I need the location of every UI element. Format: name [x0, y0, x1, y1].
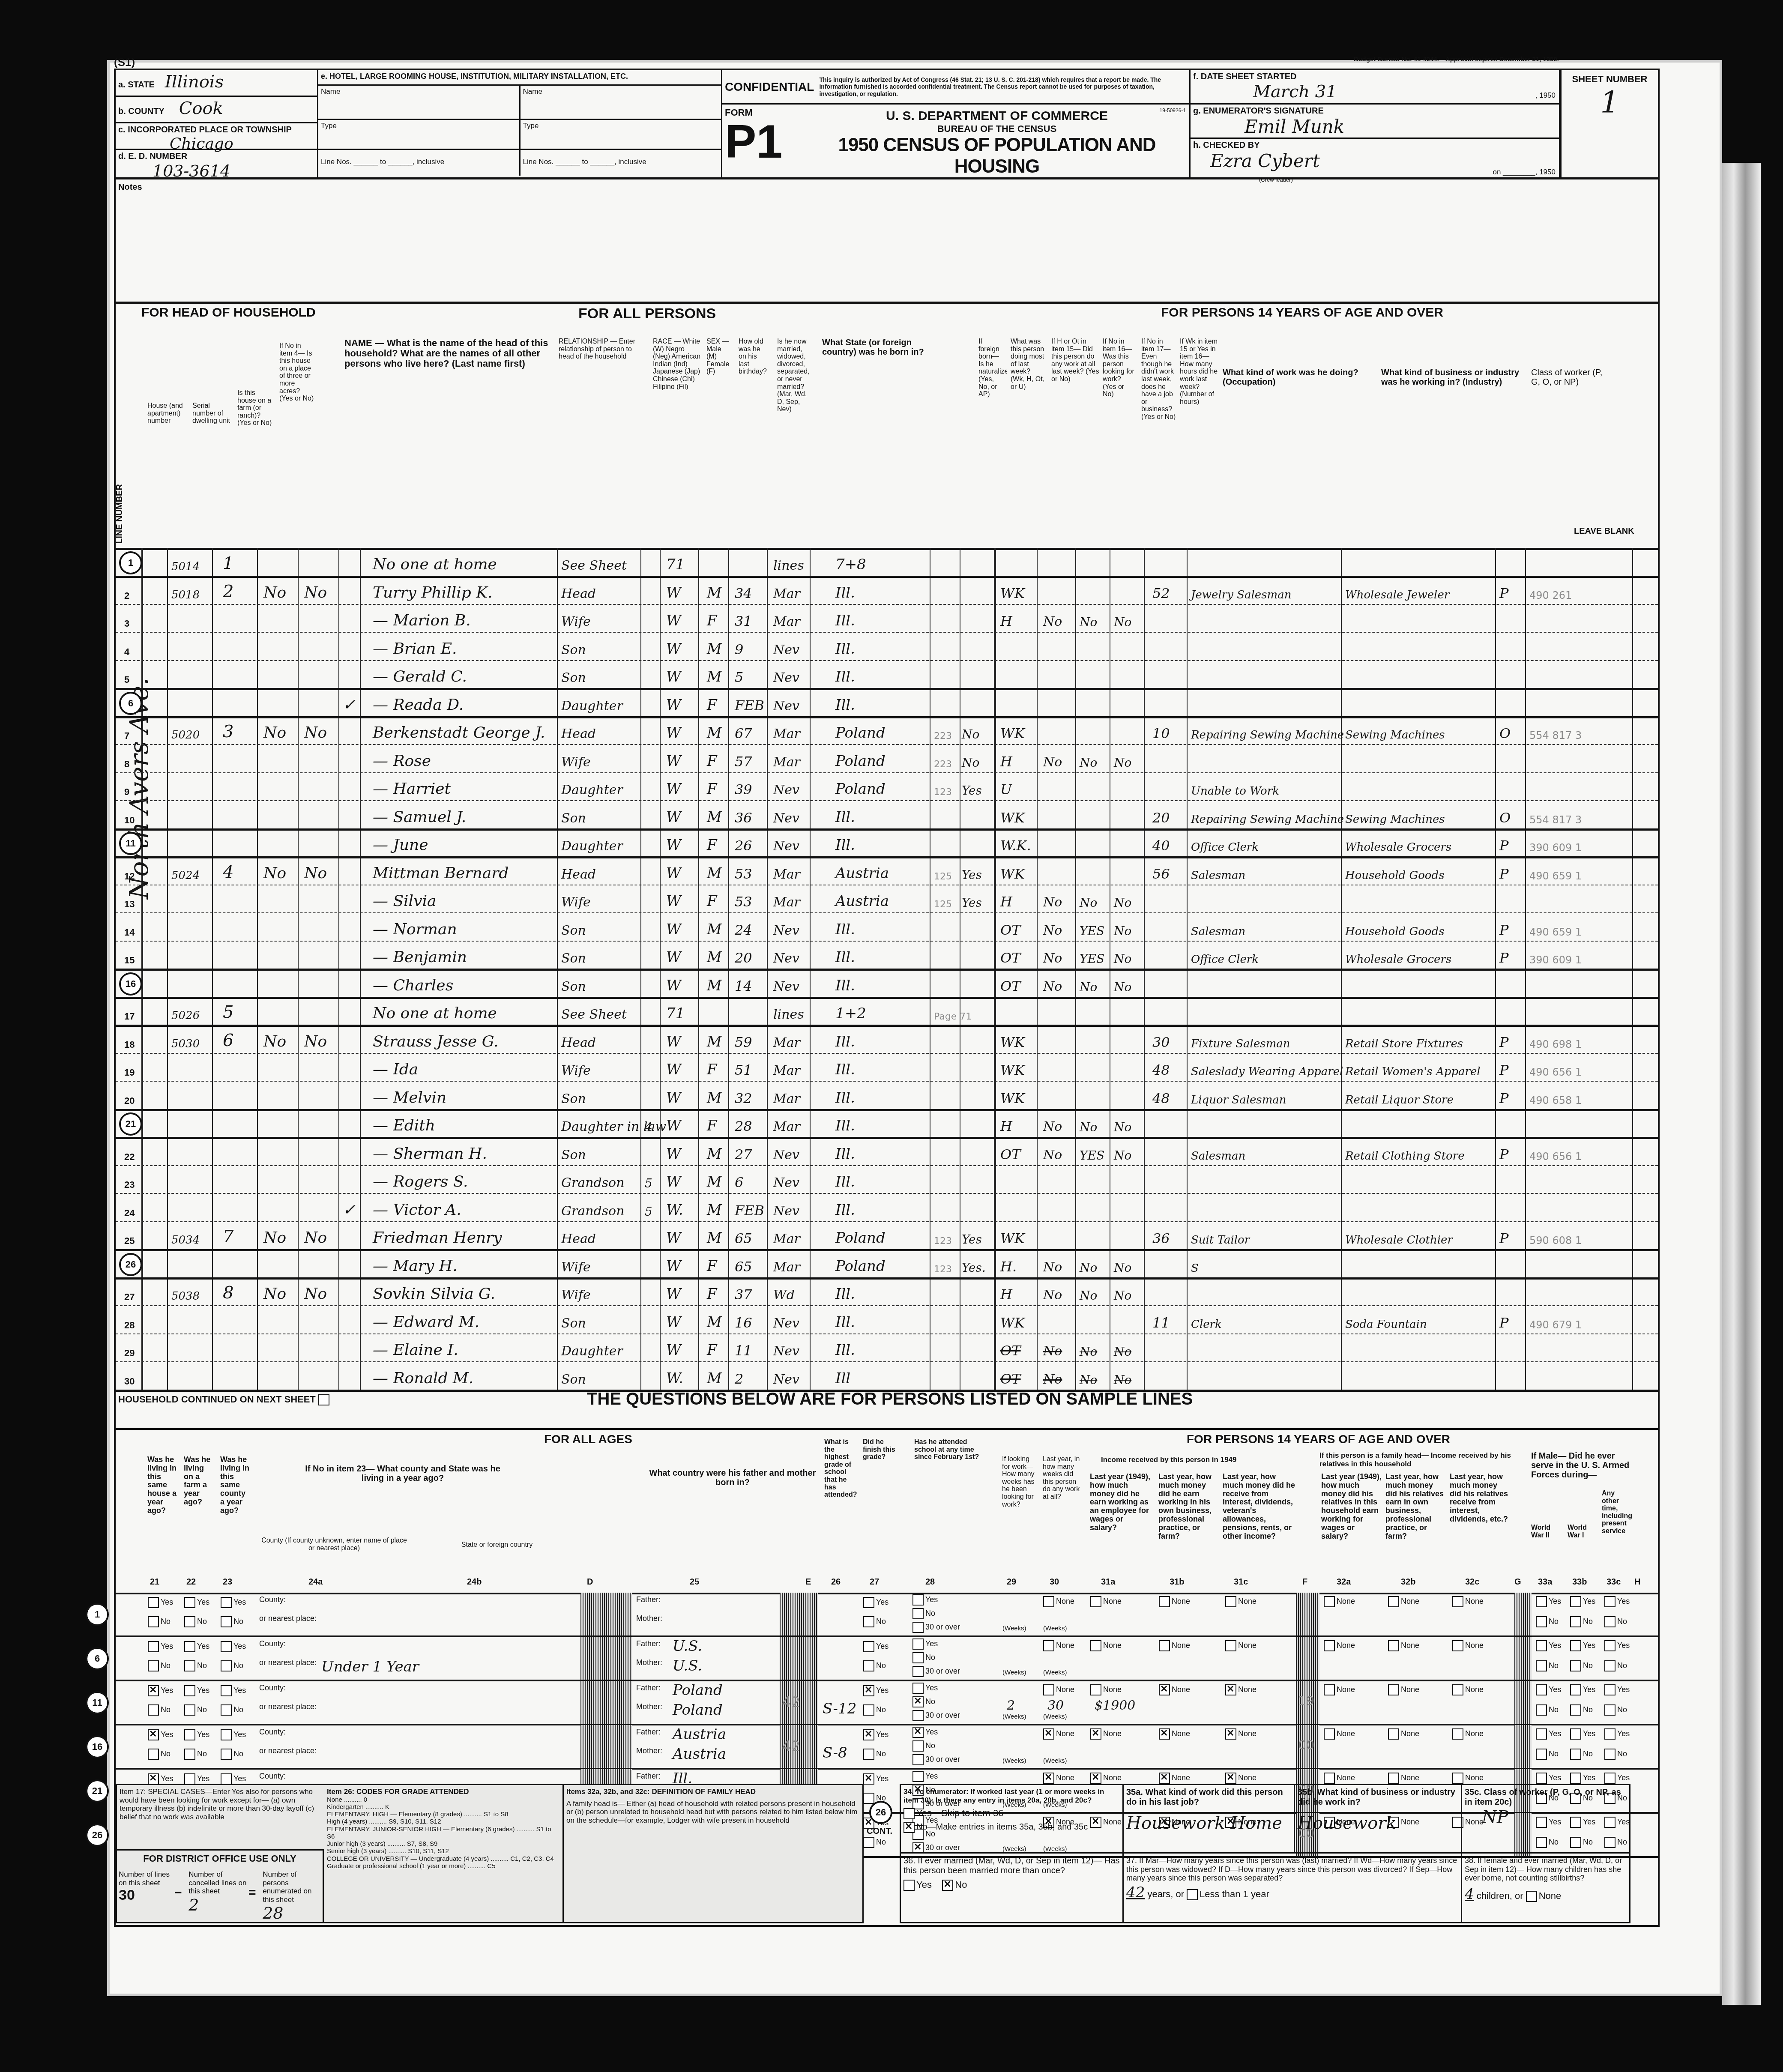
q32b-none-checkbox[interactable] [1388, 1684, 1399, 1695]
q21-no-checkbox[interactable] [148, 1616, 159, 1627]
race: W [666, 1061, 681, 1078]
relationship: Son [561, 811, 586, 826]
q27-no-checkbox[interactable] [863, 1660, 874, 1671]
q34-yes-checkbox[interactable] [903, 1808, 915, 1819]
sex: M [707, 584, 722, 601]
q31b-none-checkbox[interactable] [1159, 1773, 1170, 1784]
q36-no-checkbox[interactable] [942, 1880, 953, 1891]
q33c-yes-checkbox[interactable] [1604, 1773, 1615, 1784]
leave-blank-a: 5 [645, 1176, 652, 1190]
birthplace: Ill. [835, 1314, 855, 1331]
q28-thirty-checkbox[interactable] [912, 1754, 924, 1765]
q28-yes-checkbox[interactable] [912, 1638, 924, 1650]
on-farm: No [263, 724, 286, 741]
q22-no-checkbox[interactable] [184, 1749, 195, 1760]
checked-by-signature: Ezra Cybert [1210, 150, 1320, 171]
dwelling-serial: 2 [223, 582, 233, 601]
q33a-yes-checkbox[interactable] [1536, 1596, 1547, 1607]
q23-no-checkbox[interactable] [221, 1660, 232, 1671]
table-row: 21— EdithDaughter in law4WF28MarIll.HNoN… [116, 1109, 1658, 1139]
line-number: 12 [124, 871, 135, 882]
table-row: 2750388NoNoSovkin Silvia G.WifeWF37WdIll… [116, 1277, 1658, 1306]
occupation: Saleslady Wearing Apparel [1191, 1065, 1343, 1078]
q32b-none-checkbox[interactable] [1388, 1596, 1399, 1607]
q21-yes-checkbox[interactable] [148, 1597, 159, 1608]
q28-thirty-checkbox[interactable] [912, 1622, 924, 1633]
table-row: 22— Sherman H.SonWM27NevIll.OTNoYESNoSal… [116, 1137, 1658, 1166]
q21-no-checkbox[interactable] [148, 1704, 159, 1716]
q31c-none-checkbox[interactable] [1225, 1684, 1236, 1695]
industry: Soda Fountain [1345, 1318, 1427, 1331]
q28-no-checkbox[interactable] [912, 1652, 924, 1663]
q31b-none-checkbox[interactable] [1159, 1596, 1170, 1607]
sex: M [707, 640, 722, 658]
relationship: Wife [561, 755, 591, 770]
worked-last-week: No [1043, 951, 1062, 966]
birthplace: Ill. [835, 584, 855, 601]
q23-yes-checkbox[interactable] [221, 1729, 232, 1740]
person-name: — Victor A. [373, 1201, 461, 1219]
nearest-place-label: or nearest place: [259, 1658, 317, 1667]
race: W [666, 893, 681, 910]
occupation: Suit Tailor [1191, 1234, 1250, 1247]
sex: F [707, 837, 717, 854]
age: 32 [735, 1090, 752, 1106]
q31c-none-checkbox[interactable] [1225, 1773, 1236, 1784]
race: W [666, 977, 681, 994]
q33a-no-checkbox[interactable] [1536, 1749, 1547, 1760]
q30-none-checkbox[interactable] [1043, 1640, 1054, 1651]
activity: WK [1000, 725, 1025, 741]
q37-less-than-year-checkbox[interactable] [1187, 1889, 1198, 1900]
q33c-no-checkbox[interactable] [1604, 1704, 1615, 1716]
q31a-none-checkbox[interactable] [1090, 1684, 1101, 1695]
table-row: 1250244NoNoMittman BernardHeadWM53MarAus… [116, 857, 1658, 885]
q27-yes-checkbox[interactable] [863, 1641, 874, 1652]
line-number: 3 [124, 618, 129, 629]
age: FEB [735, 697, 764, 714]
q33c-no-checkbox[interactable] [1604, 1660, 1615, 1671]
q33b-yes-checkbox[interactable] [1570, 1684, 1581, 1695]
marital-status: Nev [773, 951, 799, 966]
leave-blank-d [580, 1637, 632, 1680]
activity: W.K. [1000, 837, 1031, 854]
q33b-yes-checkbox[interactable] [1570, 1773, 1581, 1784]
q35b-box: 35b. What kind of business or industry d… [1295, 1785, 1462, 1854]
birthplace: Poland [835, 1229, 886, 1247]
age: 28 [735, 1118, 752, 1134]
worked-last-week: No [1043, 923, 1062, 938]
q22-yes-checkbox[interactable] [184, 1685, 195, 1696]
sample-column-numbers: 21222324a24bD25E262728293031a31b31cF32a3… [116, 1576, 1658, 1593]
q22-no-checkbox[interactable] [184, 1616, 195, 1627]
q28-thirty-checkbox[interactable] [912, 1710, 924, 1721]
q31a-none-checkbox[interactable] [1090, 1773, 1101, 1784]
leave-blank-f-value: 19 [1298, 1694, 1314, 1709]
q37-years-value: 42 [1126, 1884, 1145, 1901]
relationship: Son [561, 670, 586, 685]
q31b-none-checkbox[interactable] [1159, 1640, 1170, 1651]
q28-yes-checkbox[interactable] [912, 1771, 924, 1782]
q32b-none-checkbox[interactable] [1388, 1640, 1399, 1651]
race: W. [666, 1202, 683, 1219]
industry: Retail Store Fixtures [1345, 1037, 1463, 1050]
q32a-none-checkbox[interactable] [1324, 1640, 1335, 1651]
q27-yes-checkbox[interactable] [863, 1597, 874, 1608]
sex: M [707, 724, 722, 741]
q33c-yes-checkbox[interactable] [1604, 1596, 1615, 1607]
county-label: County: [259, 1772, 286, 1781]
industry: Retail Liquor Store [1345, 1094, 1454, 1106]
q23-no-checkbox[interactable] [221, 1704, 232, 1716]
q33b-yes-checkbox[interactable] [1570, 1596, 1581, 1607]
persons-count: 28 [263, 1904, 321, 1923]
table-row: 11— JuneDaughterWF26NevIll.W.K.40Office … [116, 828, 1658, 858]
birthplace: Austria [835, 893, 889, 910]
person-name: — Marion B. [373, 612, 471, 629]
q31b-none-checkbox[interactable] [1159, 1728, 1170, 1740]
race: W [666, 809, 681, 826]
occupation: Office Clerk [1191, 841, 1259, 854]
q33c-no-checkbox[interactable] [1604, 1616, 1615, 1627]
q23-yes-checkbox[interactable] [221, 1773, 232, 1785]
sex: M [707, 668, 722, 685]
table-row: 4— Brian E.SonWM9NevIll. [116, 632, 1658, 661]
occupation: Liquor Salesman [1191, 1094, 1286, 1106]
department: U. S. DEPARTMENT OF COMMERCE [805, 109, 1189, 123]
person-name: Mittman Bernard [373, 864, 509, 882]
table-row: 5— Gerald C.SonWM5NevIll. [116, 660, 1658, 690]
leave-blank-b: 123 [934, 1264, 952, 1275]
line-number: 23 [124, 1179, 135, 1190]
q30-none-checkbox[interactable] [1043, 1596, 1054, 1607]
q22-yes-checkbox[interactable] [184, 1641, 195, 1652]
relationship: Head [561, 1035, 596, 1050]
sample-column-number: 31c [1234, 1577, 1248, 1587]
q27-yes-checkbox[interactable] [863, 1729, 874, 1740]
q28-no-checkbox[interactable] [912, 1696, 924, 1707]
relationship: Head [561, 586, 596, 601]
line-number: 30 [124, 1376, 135, 1387]
q32a-none-checkbox[interactable] [1324, 1773, 1335, 1784]
sample-line-marker: 6 [119, 692, 142, 715]
line-number: 24 [124, 1208, 135, 1219]
q37-box: 37. If Mar—How many years since this per… [1124, 1854, 1462, 1922]
q27-no-checkbox[interactable] [863, 1704, 874, 1716]
has-job: No [1114, 1120, 1131, 1134]
race: W [666, 1286, 681, 1303]
grade-code-item: ELEMENTARY, JUNIOR-SENIOR HIGH — Element… [327, 1826, 558, 1841]
q21-no-checkbox[interactable] [148, 1660, 159, 1671]
line-number: 4 [124, 646, 129, 658]
age: 14 [735, 978, 752, 994]
mother-birthplace: Poland [673, 1701, 723, 1719]
grade-code-item: None .......... 0 [327, 1796, 558, 1803]
q23-yes-checkbox[interactable] [221, 1685, 232, 1696]
house-number: 5020 [171, 729, 200, 741]
q32c-none-checkbox[interactable] [1452, 1684, 1463, 1695]
has-job: No [1114, 1148, 1131, 1163]
q23-yes-checkbox[interactable] [221, 1641, 232, 1652]
q33b-no-checkbox[interactable] [1570, 1616, 1581, 1627]
q27-yes-checkbox[interactable] [863, 1773, 874, 1785]
q28-yes-checkbox[interactable] [912, 1727, 924, 1738]
form-title: 1950 CENSUS OF POPULATION AND HOUSING [805, 135, 1189, 177]
q28-yes-checkbox[interactable] [912, 1683, 924, 1694]
q38-none-checkbox[interactable] [1526, 1891, 1537, 1902]
q31a-none-checkbox[interactable] [1090, 1640, 1101, 1651]
q33b-yes-checkbox[interactable] [1570, 1640, 1581, 1651]
relationship: Head [561, 727, 596, 741]
leave-blank-g [1514, 1725, 1532, 1768]
q32a-none-checkbox[interactable] [1324, 1596, 1335, 1607]
race: W. [666, 1370, 683, 1387]
birthplace: Poland [835, 1258, 886, 1275]
race: W [666, 697, 681, 714]
marital-status: Nev [773, 1372, 799, 1387]
q33c-no-checkbox[interactable] [1604, 1749, 1615, 1760]
hours-worked: 52 [1152, 585, 1170, 601]
activity: H. [1000, 1259, 1017, 1275]
q33a-yes-checkbox[interactable] [1536, 1773, 1547, 1784]
race: W [666, 1314, 681, 1331]
place-field: c. INCORPORATED PLACE OR TOWNSHIP Chicag… [116, 123, 317, 150]
q30-none-checkbox[interactable] [1043, 1773, 1054, 1784]
dwelling-serial: 8 [223, 1283, 233, 1303]
q33b-no-checkbox[interactable] [1570, 1749, 1581, 1760]
leave-blank-g [1514, 1593, 1532, 1635]
father-birthplace: U.S. [673, 1638, 702, 1655]
q33c-yes-checkbox[interactable] [1604, 1684, 1615, 1695]
q33a-no-checkbox[interactable] [1536, 1704, 1547, 1716]
q33b-no-checkbox[interactable] [1570, 1704, 1581, 1716]
nearest-place-label: or nearest place: [259, 1746, 317, 1755]
q33b-no-checkbox[interactable] [1570, 1660, 1581, 1671]
q32c-none-checkbox[interactable] [1452, 1773, 1463, 1784]
q27-no-checkbox[interactable] [863, 1616, 874, 1627]
birthplace: Ill. [835, 1202, 855, 1219]
weeks-label: (Weeks) [1043, 1713, 1067, 1720]
leave-blank-f [1296, 1637, 1319, 1680]
q21-yes-checkbox[interactable] [148, 1773, 159, 1785]
sample-row: 1YesNoYesNoYesNoCounty:or nearest place:… [116, 1593, 1658, 1637]
q36-yes-checkbox[interactable] [903, 1880, 915, 1891]
dwelling-serial: 3 [223, 722, 233, 741]
q22-no-checkbox[interactable] [184, 1660, 195, 1671]
q31c-none-checkbox[interactable] [1225, 1728, 1236, 1740]
q21-yes-checkbox[interactable] [148, 1685, 159, 1696]
leave-blank-e-value: 42 [782, 1738, 800, 1755]
q22-no-checkbox[interactable] [184, 1704, 195, 1716]
q31a-none-checkbox[interactable] [1090, 1596, 1101, 1607]
table-row: 23— Rogers S.Grandson5WM6NevIll. [116, 1165, 1658, 1194]
q33a-yes-checkbox[interactable] [1536, 1728, 1547, 1740]
looking-for-work: YES [1080, 924, 1104, 938]
age: 20 [735, 950, 752, 966]
weeks-label: (Weeks) [1002, 1669, 1026, 1676]
leave-blank-c: 490 698 1 [1529, 1038, 1582, 1050]
marital-status: Nev [773, 1148, 799, 1163]
race: W [666, 1258, 681, 1275]
sample-header: FOR ALL AGES FOR PERSONS 14 YEARS OF AGE… [116, 1428, 1658, 1594]
sex: F [707, 893, 717, 910]
sample-column-number: E [805, 1577, 811, 1587]
q21-yes-checkbox[interactable] [148, 1729, 159, 1740]
worked-last-week: No [1043, 1344, 1062, 1359]
person-name: — Elaine I. [373, 1341, 458, 1359]
marital-status: Mar [773, 727, 800, 741]
house-number: 5038 [171, 1290, 200, 1303]
q31c-none-checkbox[interactable] [1225, 1596, 1236, 1607]
person-name: — Ronald M. [373, 1369, 473, 1387]
table-row: 14— NormanSonWM24NevIll.OTNoYESNoSalesma… [116, 913, 1658, 942]
race: 71 [666, 556, 685, 573]
relationship: Son [561, 1372, 586, 1387]
age: 5 [735, 669, 743, 685]
sex: M [707, 1202, 722, 1219]
q28-yes-checkbox[interactable] [912, 1594, 924, 1606]
q32a-none-checkbox[interactable] [1324, 1684, 1335, 1695]
has-job: No [1114, 1373, 1131, 1387]
q33b-yes-checkbox[interactable] [1570, 1728, 1581, 1740]
q28-no-checkbox[interactable] [912, 1740, 924, 1752]
ed-field: d. E. D. NUMBER 103-3614 [116, 150, 317, 176]
q30-none-checkbox[interactable] [1043, 1728, 1054, 1740]
age: 65 [735, 1259, 752, 1275]
industry: Household Goods [1345, 925, 1445, 938]
occupation: Unable to Work [1191, 785, 1279, 798]
mother-label: Mother: [636, 1702, 662, 1711]
age: 9 [735, 641, 743, 658]
notes-label: Notes [118, 182, 142, 192]
q33c-yes-checkbox[interactable] [1604, 1728, 1615, 1740]
q28-thirty-checkbox[interactable] [912, 1666, 924, 1677]
nearest-place-value: Under 1 Year [321, 1658, 419, 1675]
q33a-yes-checkbox[interactable] [1536, 1684, 1547, 1695]
q33c-yes-checkbox[interactable] [1604, 1640, 1615, 1651]
sample-line-marker: 26 [86, 1824, 109, 1847]
q23-no-checkbox[interactable] [221, 1616, 232, 1627]
leave-blank-c: 490 261 [1529, 589, 1572, 601]
q33a-no-checkbox[interactable] [1536, 1616, 1547, 1627]
age: 31 [735, 613, 752, 629]
q31c-none-checkbox[interactable] [1225, 1640, 1236, 1651]
has-job: No [1114, 756, 1131, 770]
table-row: 8— RoseWifeWF57MarPoland223NoHNoNoNo [116, 744, 1658, 773]
looking-for-work: No [1080, 1345, 1097, 1359]
hours-worked: 48 [1152, 1062, 1170, 1078]
occupation: Salesman [1191, 869, 1245, 882]
birthplace: Ill. [835, 1173, 855, 1190]
q35b-value: Housework [1298, 1813, 1458, 1833]
birthplace: Ill. [835, 1286, 855, 1303]
q34-no-checkbox[interactable] [903, 1822, 915, 1833]
birthplace: 7+8 [835, 556, 866, 573]
marital-status: Mar [773, 895, 800, 910]
person-name: — Rogers S. [373, 1173, 468, 1190]
household-continued-checkbox[interactable] [318, 1394, 329, 1405]
naturalized: No [962, 756, 979, 770]
looking-for-work: YES [1080, 952, 1104, 966]
race: 71 [666, 1005, 685, 1022]
table-row: 26— Mary H.WifeWF65MarPoland123Yes.H.NoN… [116, 1250, 1658, 1280]
dwelling-serial: 1 [223, 553, 233, 573]
q30-none-checkbox[interactable] [1043, 1684, 1054, 1695]
sample-row: 11YesNoYesNoYesNoCounty:or nearest place… [116, 1681, 1658, 1725]
person-name: — Mary H. [373, 1257, 458, 1275]
q27-yes-checkbox[interactable] [863, 1685, 874, 1696]
sample-column-number: G [1514, 1577, 1521, 1587]
looking-for-work: YES [1080, 1148, 1104, 1163]
class-of-worker: P [1499, 837, 1509, 854]
title-block: CONFIDENTIAL This inquiry is authorized … [722, 70, 1191, 177]
hotel-entry-1: Name Type Line Nos. ______ to ______, in… [318, 86, 521, 176]
sample-column-number: 32c [1465, 1577, 1479, 1587]
q22-yes-checkbox[interactable] [184, 1729, 195, 1740]
industry: Wholesale Clothier [1345, 1234, 1453, 1247]
sample-column-number: 27 [870, 1577, 879, 1587]
activity: WK [1000, 1034, 1025, 1050]
grade-code-item: Graduate or professional school (1 year … [327, 1863, 558, 1870]
q31a-none-checkbox[interactable] [1090, 1728, 1101, 1740]
age: 57 [735, 753, 752, 770]
q22-yes-checkbox[interactable] [184, 1597, 195, 1608]
q21-yes-checkbox[interactable] [148, 1641, 159, 1652]
q27-no-checkbox[interactable] [863, 1749, 874, 1760]
q33a-yes-checkbox[interactable] [1536, 1640, 1547, 1651]
mother-birthplace: Austria [673, 1746, 726, 1763]
q32c-none-checkbox[interactable] [1452, 1728, 1463, 1740]
race: W [666, 1089, 681, 1106]
age: 16 [735, 1315, 752, 1331]
birthplace: Ill. [835, 921, 855, 938]
class-of-worker: P [1499, 1230, 1509, 1247]
marital-status: Nev [773, 670, 799, 685]
q21-no-checkbox[interactable] [148, 1749, 159, 1760]
q32c-none-checkbox[interactable] [1452, 1640, 1463, 1651]
father-birthplace: Poland [673, 1682, 723, 1699]
q28-no-checkbox[interactable] [912, 1608, 924, 1619]
q23-no-checkbox[interactable] [221, 1749, 232, 1760]
q23-yes-checkbox[interactable] [221, 1597, 232, 1608]
race: W [666, 668, 681, 685]
q32b-none-checkbox[interactable] [1388, 1728, 1399, 1740]
agri-number: ✓ [343, 1201, 356, 1219]
q32c-none-checkbox[interactable] [1452, 1596, 1463, 1607]
sample-column-number: 24b [467, 1577, 482, 1587]
q32a-none-checkbox[interactable] [1324, 1728, 1335, 1740]
line-number: 22 [124, 1151, 135, 1163]
age: FEB [735, 1202, 764, 1219]
marital-status: Nev [773, 1344, 799, 1359]
line-number: 20 [124, 1095, 135, 1106]
sex: F [707, 1258, 717, 1275]
birthplace: Ill. [835, 1089, 855, 1106]
relationship: Wife [561, 1063, 591, 1078]
q32b-none-checkbox[interactable] [1388, 1773, 1399, 1784]
q31b-none-checkbox[interactable] [1159, 1684, 1170, 1695]
age: 24 [735, 922, 752, 938]
occupation: Repairing Sewing Machine [1191, 813, 1344, 826]
q22-yes-checkbox[interactable] [184, 1773, 195, 1785]
birthplace: Ill. [835, 697, 855, 714]
q33a-no-checkbox[interactable] [1536, 1660, 1547, 1671]
naturalized: Yes [962, 1232, 982, 1247]
hours-worked: 20 [1152, 810, 1170, 826]
sex: F [707, 1117, 717, 1134]
household-continued-label: HOUSEHOLD CONTINUED ON NEXT SHEET [118, 1394, 316, 1405]
sex: F [707, 1286, 717, 1303]
